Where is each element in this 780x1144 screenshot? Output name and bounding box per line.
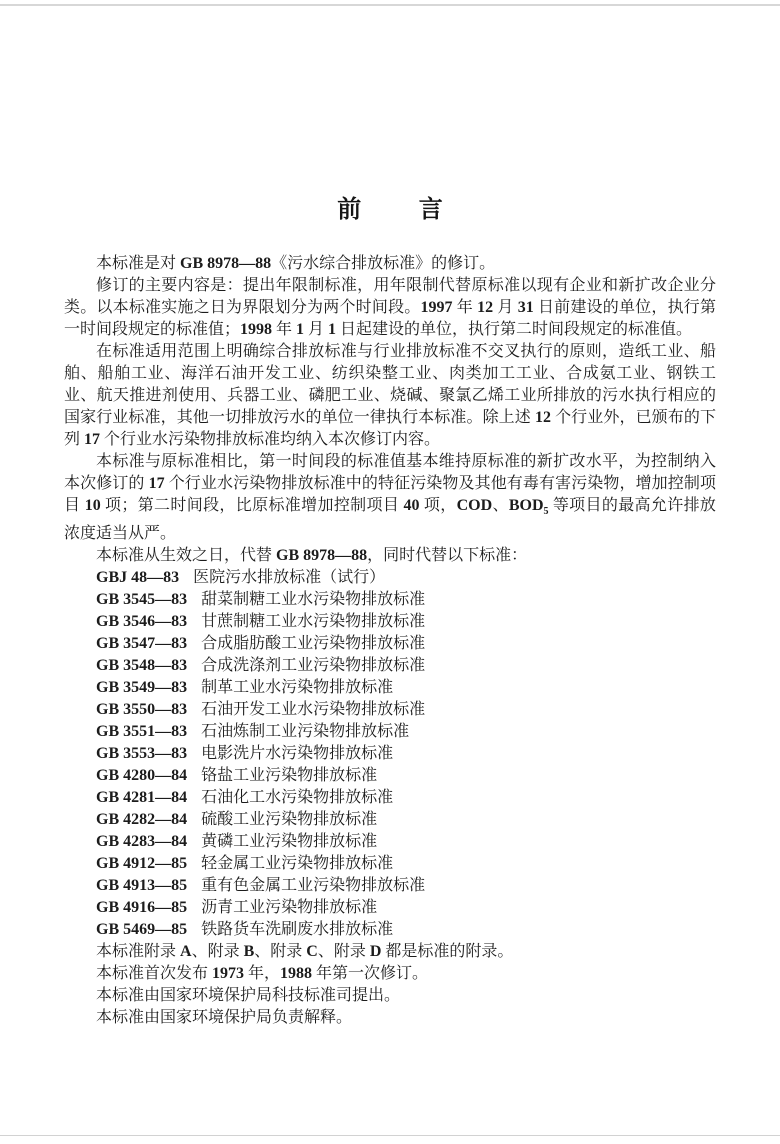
standard-item: GB 3545—83甜菜制糖工业水污染物排放标准 <box>64 589 716 611</box>
standard-item: GB 5469—85铁路货车洗刷废水排放标准 <box>64 919 716 941</box>
standard-code: GB 4281—84 <box>96 789 187 806</box>
standard-name: 轻金属工业污染物排放标准 <box>201 855 393 872</box>
standard-item: GB 3550—83石油开发工业水污染物排放标准 <box>64 699 716 721</box>
standard-name: 甜菜制糖工业水污染物排放标准 <box>201 591 425 608</box>
standard-code: GB 3546—83 <box>96 613 187 630</box>
standard-item: GB 3553—83电影洗片水污染物排放标准 <box>64 743 716 765</box>
paragraph-history: 本标准首次发布 1973 年，1988 年第一次修订。 <box>64 963 716 985</box>
standard-name: 制革工业水污染物排放标准 <box>201 679 393 696</box>
standard-item: GB 3548—83合成洗涤剂工业污染物排放标准 <box>64 655 716 677</box>
paragraph-scope: 在标准适用范围上明确综合排放标准与行业排放标准不交叉执行的原则，造纸工业、船舶、… <box>64 341 716 451</box>
paragraph-appendices: 本标准附录 A、附录 B、附录 C、附录 D 都是标准的附录。 <box>64 941 716 963</box>
standard-name: 石油开发工业水污染物排放标准 <box>201 701 425 718</box>
page-top-edge <box>0 4 780 6</box>
scanned-document-page: 前言 本标准是对 GB 8978—88《污水综合排放标准》的修订。 修订的主要内… <box>0 0 780 1144</box>
standard-name: 硫酸工业污染物排放标准 <box>201 811 377 828</box>
standard-code: GB 3551—83 <box>96 723 187 740</box>
standard-code: GB 3547—83 <box>96 635 187 652</box>
standard-code: GB 4912—85 <box>96 855 187 872</box>
standard-item: GB 3547—83合成脂肪酸工业污染物排放标准 <box>64 633 716 655</box>
standard-item: GB 4283—84黄磷工业污染物排放标准 <box>64 831 716 853</box>
standard-name: 甘蔗制糖工业水污染物排放标准 <box>201 613 425 630</box>
paragraph-proposed-by: 本标准由国家环境保护局科技标准司提出。 <box>64 985 716 1007</box>
page-bottom-edge <box>0 1135 780 1136</box>
standard-name: 铁路货车洗刷废水排放标准 <box>201 921 393 938</box>
standard-item: GB 4281—84石油化工水污染物排放标准 <box>64 787 716 809</box>
paragraph-replacement: 本标准从生效之日，代替 GB 8978—88，同时代替以下标准： <box>64 545 716 567</box>
standard-code: GBJ 48—83 <box>96 569 179 586</box>
standard-item: GB 4912—85轻金属工业污染物排放标准 <box>64 853 716 875</box>
standard-item: GB 4282—84硫酸工业污染物排放标准 <box>64 809 716 831</box>
standard-item: GB 3546—83甘蔗制糖工业水污染物排放标准 <box>64 611 716 633</box>
foreword-section: 前言 本标准是对 GB 8978—88《污水综合排放标准》的修订。 修订的主要内… <box>64 197 716 1029</box>
standard-name: 医院污水排放标准（试行） <box>193 569 385 586</box>
paragraph-main-content: 修订的主要内容是：提出年限制标准，用年限制代替原标准以现有企业和新扩改企业分类。… <box>64 275 716 341</box>
paragraph-comparison: 本标准与原标准相比，第一时间段的标准值基本维持原标准的新扩改水平，为控制纳入本次… <box>64 451 716 545</box>
standard-item: GB 3549—83制革工业水污染物排放标准 <box>64 677 716 699</box>
standard-code: GB 4913—85 <box>96 877 187 894</box>
standard-code: GB 3553—83 <box>96 745 187 762</box>
standard-name: 电影洗片水污染物排放标准 <box>201 745 393 762</box>
standard-item: GBJ 48—83医院污水排放标准（试行） <box>64 567 716 589</box>
standard-name: 合成脂肪酸工业污染物排放标准 <box>201 635 425 652</box>
standard-code: GB 3549—83 <box>96 679 187 696</box>
standard-item: GB 4280—84铬盐工业污染物排放标准 <box>64 765 716 787</box>
replaced-standards-list: GBJ 48—83医院污水排放标准（试行） GB 3545—83甜菜制糖工业水污… <box>64 567 716 941</box>
standard-code: GB 4280—84 <box>96 767 187 784</box>
page-title: 前言 <box>64 197 716 222</box>
standard-name: 重有色金属工业污染物排放标准 <box>201 877 425 894</box>
paragraph-interpreted-by: 本标准由国家环境保护局负责解释。 <box>64 1007 716 1029</box>
standard-name: 石油炼制工业污染物排放标准 <box>201 723 409 740</box>
standard-item: GB 4916—85沥青工业污染物排放标准 <box>64 897 716 919</box>
standard-code: GB 4283—84 <box>96 833 187 850</box>
standard-code: GB 4282—84 <box>96 811 187 828</box>
standard-code: GB 3550—83 <box>96 701 187 718</box>
standard-name: 石油化工水污染物排放标准 <box>201 789 393 806</box>
standard-code: GB 3548—83 <box>96 657 187 674</box>
standard-code: GB 4916—85 <box>96 899 187 916</box>
paragraph-revision-note: 本标准是对 GB 8978—88《污水综合排放标准》的修订。 <box>64 253 716 275</box>
standard-code: GB 5469—85 <box>96 921 187 938</box>
standard-name: 沥青工业污染物排放标准 <box>201 899 377 916</box>
standard-code: GB 3545—83 <box>96 591 187 608</box>
standard-name: 铬盐工业污染物排放标准 <box>201 767 377 784</box>
standard-item: GB 3551—83石油炼制工业污染物排放标准 <box>64 721 716 743</box>
standard-name: 合成洗涤剂工业污染物排放标准 <box>201 657 425 674</box>
standard-item: GB 4913—85重有色金属工业污染物排放标准 <box>64 875 716 897</box>
standard-name: 黄磷工业污染物排放标准 <box>201 833 377 850</box>
